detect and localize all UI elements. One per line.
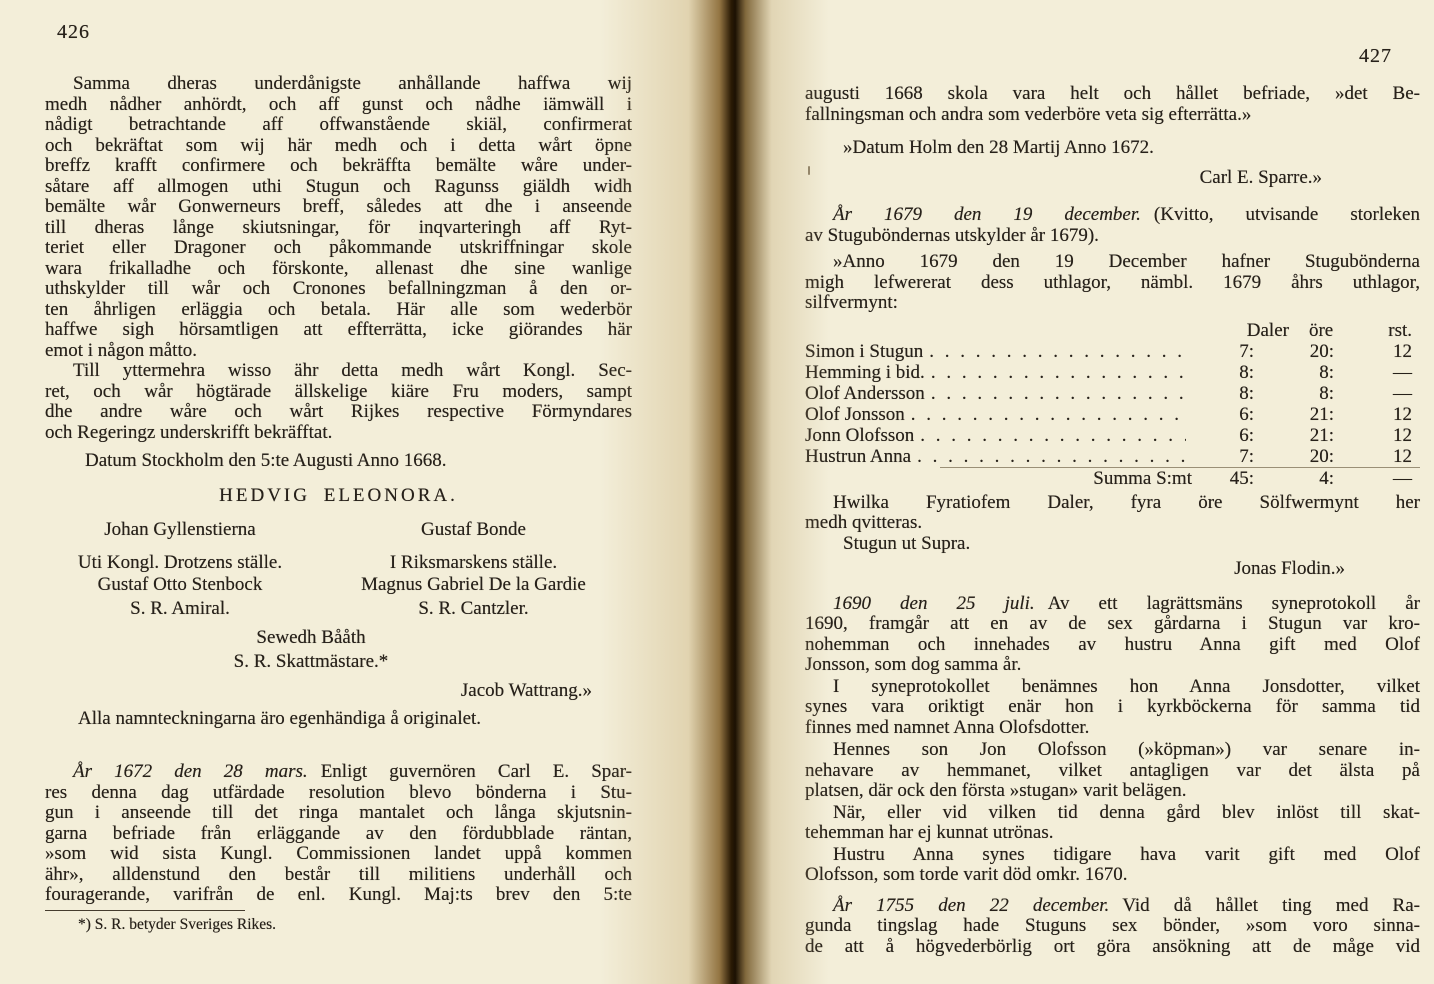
datum-holm-line: »Datum Holm den 28 Martij Anno 1672.	[805, 138, 1420, 159]
text-line: och Regeringz underskrifft bekräfftat.	[45, 423, 632, 444]
text-line: dhe andre wåre och wårt Rijkes respectiv…	[45, 402, 632, 423]
signatures-note: Alla namnteckningarna äro egenhändiga å …	[45, 709, 632, 730]
entry-1672-body: res denna dag utfärdade resolution blevo…	[45, 783, 632, 906]
entry-1672-date: År 1672 den 28 mars.	[73, 761, 308, 782]
text-line: ret, och wår högtärade ällskelige kiäre …	[45, 382, 632, 403]
text-line: fouragerande, varifrån de enl. Kungl. Ma…	[45, 885, 632, 906]
table-row: Hemming i bid.8:8:—	[805, 362, 1420, 383]
text-line: gun i anseende till det ringa mantalet o…	[45, 803, 632, 824]
taxpayer-name: Olof Jonsson	[805, 404, 905, 425]
entry-1755-first-line: År 1755 den 22 december.Vid då hållet ti…	[805, 896, 1420, 917]
entry-1690-first-text: Av ett lagrättsmäns syneprotokoll år	[1048, 593, 1420, 614]
rst-value: —	[1334, 383, 1420, 404]
paragraph-continuation: augusti 1668 skola vara helt och hållet …	[805, 84, 1420, 125]
text-line: garna befriade från erläggande av den fö…	[45, 824, 632, 845]
daler-value: 7:	[1192, 341, 1254, 362]
text-line: ten åhrligen erläggia och betala. Här al…	[45, 300, 632, 321]
signature-row: Uti Kongl. Drotzens ställe. I Riksmarske…	[45, 553, 632, 574]
page-number-right: 427	[1359, 46, 1392, 67]
text-line: synes vara oriktigt enär hon i kyrkböcke…	[805, 697, 1420, 718]
text-line: res denna dag utfärdade resolution blevo…	[45, 783, 632, 804]
rst-value: 12	[1334, 404, 1420, 425]
dotted-leader	[920, 425, 1186, 446]
text-line: Till yttermehra wisso ähr detta medh wår…	[45, 361, 632, 382]
taxpayer-name: Jonn Olofsson	[805, 425, 914, 446]
ore-value: 20:	[1254, 446, 1334, 467]
rst-value: 12	[1334, 341, 1420, 362]
taxpayer-name: Olof Andersson	[805, 383, 925, 404]
entry-1672-first-text: Enligt guvernören Carl E. Spar-	[321, 761, 632, 782]
dotted-leader	[917, 446, 1186, 467]
signature-left: Uti Kongl. Drotzens ställe.	[45, 553, 315, 574]
daler-value: 6:	[1192, 404, 1254, 425]
dotted-leader	[911, 404, 1186, 425]
entry-1679-first-text: (Kvitto, utvisande storleken	[1154, 204, 1420, 225]
signature-right: S. R. Cantzler.	[315, 599, 632, 620]
paragraph-hennes-son: Hennes son Jon Olofsson (»köpman») var s…	[805, 740, 1420, 802]
text-line: Hwilka Fyratiofem Daler, fyra öre Sölfwe…	[805, 493, 1420, 514]
summa-row: Summa S:mt45:4:—	[805, 468, 1420, 489]
tax-table-header: Daler öre rst.	[805, 320, 1420, 341]
entry-1672-first-line: År 1672 den 28 mars.Enligt guvernören Ca…	[45, 762, 632, 783]
text-line: »Anno 1679 den 19 December hafner Stugub…	[805, 252, 1420, 273]
dotted-leader	[929, 341, 1186, 362]
ore-value: 8:	[1254, 383, 1334, 404]
entry-1755-first-text: Vid då hållet ting med Ra-	[1122, 895, 1420, 916]
treasurer-title: S. R. Skattmästare.*	[45, 652, 632, 673]
text-line: Jonsson, som dog samma år.	[805, 655, 1420, 676]
daler-value: 8:	[1192, 383, 1254, 404]
signature-right: Gustaf Bonde	[315, 520, 632, 541]
footnote-text: *) S. R. betyder Sveriges Rikes.	[45, 916, 632, 934]
daler-value: 8:	[1192, 362, 1254, 383]
footnote-block: *) S. R. betyder Sveriges Rikes.	[45, 910, 632, 934]
table-row: Olof Andersson8:8:—	[805, 383, 1420, 404]
signature-left: Johan Gyllenstierna	[45, 520, 315, 541]
taxpayer-name: Hemming i bid.	[805, 362, 925, 383]
summa-ore: 4:	[1254, 468, 1334, 489]
book-scan: { "page_left": { "page_number": "426", "…	[0, 0, 1434, 984]
page-number-left: 426	[57, 22, 90, 43]
royal-signature-name: HEDVIG ELEONORA.	[45, 486, 632, 507]
table-row: Simon i Stugun7:20:12	[805, 341, 1420, 362]
text-line: och bekräftat som wij här medh och i det…	[45, 136, 632, 157]
paragraph-nar: När, eller vid vilken tid denna gård ble…	[805, 803, 1420, 844]
text-line: Hustru Anna synes tidigare hava varit gi…	[805, 845, 1420, 866]
text-line: de att å högvederbörlig ort göra ansökni…	[805, 937, 1420, 958]
dotted-leader	[931, 383, 1186, 404]
paragraph-witness: Till yttermehra wisso ähr detta medh wår…	[45, 361, 632, 443]
taxpayer-name: Simon i Stugun	[805, 341, 923, 362]
flodin-signature: Jonas Flodin.»	[805, 559, 1420, 580]
left-page: 426 Samma dheras underdånigste anhålland…	[45, 0, 632, 984]
table-row: Olof Jonsson6:21:12	[805, 404, 1420, 425]
dateline-stockholm: Datum Stockholm den 5:te Augusti Anno 16…	[45, 451, 632, 472]
signature-right: I Riksmarskens ställe.	[315, 553, 632, 574]
paragraph-hustru-anna: Hustru Anna synes tidigare hava varit gi…	[805, 845, 1420, 886]
ore-value: 20:	[1254, 341, 1334, 362]
rst-value: 12	[1334, 425, 1420, 446]
text-line: ähr», alldenstund den består till militi…	[45, 865, 632, 886]
sparre-signature: Carl E. Sparre.»	[805, 168, 1420, 189]
paragraph-anno-1679: »Anno 1679 den 19 December hafner Stugub…	[805, 252, 1420, 314]
entry-1679-first-line: År 1679 den 19 december.(Kvitto, utvisan…	[805, 205, 1420, 226]
text-line: tehemman har ej kunnat utrönas.	[805, 823, 1420, 844]
entry-1679-body: av Stuguböndernas utskylder år 1679).	[805, 226, 1420, 247]
entry-1755-body: gunda tingslag hade Stuguns sex bönder, …	[805, 916, 1420, 957]
text-line: »som wid sista Kungl. Commissionen lande…	[45, 844, 632, 865]
signature-row: Johan Gyllenstierna Gustaf Bonde	[45, 520, 632, 541]
treasurer-name: Sewedh Bååth	[45, 628, 632, 649]
ore-value: 21:	[1254, 425, 1334, 446]
entry-1690-first-line: 1690 den 25 juli.Av ett lagrättsmäns syn…	[805, 594, 1420, 615]
text-line: emot i någon måtto.	[45, 341, 632, 362]
ore-value: 8:	[1254, 362, 1334, 383]
entry-1679-date: År 1679 den 19 december.	[833, 204, 1141, 225]
column-header-daler: Daler	[1247, 320, 1289, 341]
taxpayer-name: Hustrun Anna	[805, 446, 911, 467]
column-header-ore: öre	[1309, 320, 1333, 341]
table-row: Hustrun Anna7:20:12	[805, 446, 1420, 467]
text-line: wara frikalladhe och förskonte, allenast…	[45, 259, 632, 280]
text-line: breffz krafft confirmere och bekräffta b…	[45, 156, 632, 177]
secretary-signature: Jacob Wattrang.»	[45, 681, 632, 702]
text-line: platsen, där ock den första »stugan» var…	[805, 781, 1420, 802]
entry-1690-date: 1690 den 25 juli.	[833, 593, 1035, 614]
text-line: av Stuguböndernas utskylder år 1679).	[805, 226, 1420, 247]
rst-value: 12	[1334, 446, 1420, 467]
rst-value: —	[1334, 362, 1420, 383]
summa-label: Summa S:mt	[805, 468, 1192, 489]
place-line: Stugun ut Supra.	[805, 534, 1420, 555]
text-line: haffwe sigh hörsamtligen att effterrätta…	[45, 320, 632, 341]
signature-right: Magnus Gabriel De la Gardie	[315, 575, 632, 596]
signature-row: S. R. Amiral. S. R. Cantzler.	[45, 599, 632, 620]
text-line: Hennes son Jon Olofsson (»köpman») var s…	[805, 740, 1420, 761]
summa-daler: 45:	[1192, 468, 1254, 489]
text-line: I syneprotokollet benämnes hon Anna Jons…	[805, 677, 1420, 698]
table-row: Jonn Olofsson6:21:12	[805, 425, 1420, 446]
text-line: teriet eller Dragoner och påkommande uts…	[45, 238, 632, 259]
column-header-rst: rst.	[1388, 320, 1412, 341]
text-line: 1690, framgår att en av de sex gårdarna …	[805, 614, 1420, 635]
ore-value: 21:	[1254, 404, 1334, 425]
entry-1755-date: År 1755 den 22 december.	[833, 895, 1109, 916]
text-line: gunda tingslag hade Stuguns sex bönder, …	[805, 916, 1420, 937]
tax-table: Daler öre rst. Simon i Stugun7:20:12 Hem…	[805, 320, 1420, 489]
right-page: 427 augusti 1668 skola vara helt och hål…	[805, 0, 1420, 984]
signature-row: Gustaf Otto Stenbock Magnus Gabriel De l…	[45, 575, 632, 596]
text-line: medh qvitteras.	[805, 513, 1420, 534]
text-line: uthskylder till wår och Cronones befalln…	[45, 279, 632, 300]
entry-1690-body: 1690, framgår att en av de sex gårdarna …	[805, 614, 1420, 676]
paragraph-syneprotokoll: I syneprotokollet benämnes hon Anna Jons…	[805, 677, 1420, 739]
text-line: migh lefwererat dess uthlagor, nämbl. 16…	[805, 273, 1420, 294]
signature-left: Gustaf Otto Stenbock	[45, 575, 315, 596]
paragraph-hwilka: Hwilka Fyratiofem Daler, fyra öre Sölfwe…	[805, 493, 1420, 534]
text-line: Samma dheras underdånigste anhållande ha…	[45, 74, 632, 95]
scan-speck	[808, 166, 810, 175]
daler-value: 6:	[1192, 425, 1254, 446]
text-line: När, eller vid vilken tid denna gård ble…	[805, 803, 1420, 824]
text-line: till dheras långe skiutsningar, för inqv…	[45, 218, 632, 239]
text-line: nohemman och innehades av hustru Anna gi…	[805, 635, 1420, 656]
text-line: bemälte wår Gonwerneurs breff, således a…	[45, 197, 632, 218]
text-line: augusti 1668 skola vara helt och hållet …	[805, 84, 1420, 105]
footnote-rule	[45, 910, 245, 911]
daler-value: 7:	[1192, 446, 1254, 467]
text-line: såtare aff allmogen uthi Stugun och Ragu…	[45, 177, 632, 198]
text-line: silfvermynt:	[805, 293, 1420, 314]
text-line: medh nådher anhördt, och aff gunst och n…	[45, 95, 632, 116]
text-line: finnes med namnet Anna Olofsdotter.	[805, 718, 1420, 739]
text-line: nehavare av hemmanet, vilket antagligen …	[805, 761, 1420, 782]
signature-left: S. R. Amiral.	[45, 599, 315, 620]
dotted-leader	[931, 362, 1186, 383]
text-line: nådigt betrachtande aff offwanstående sk…	[45, 115, 632, 136]
text-line: Olofsson, som torde varit död omkr. 1670…	[805, 865, 1420, 886]
paragraph-confirmation: Samma dheras underdånigste anhållande ha…	[45, 74, 632, 361]
text-line: fallningsman och andra som vederböre vet…	[805, 105, 1420, 126]
summa-rst: —	[1334, 468, 1420, 489]
